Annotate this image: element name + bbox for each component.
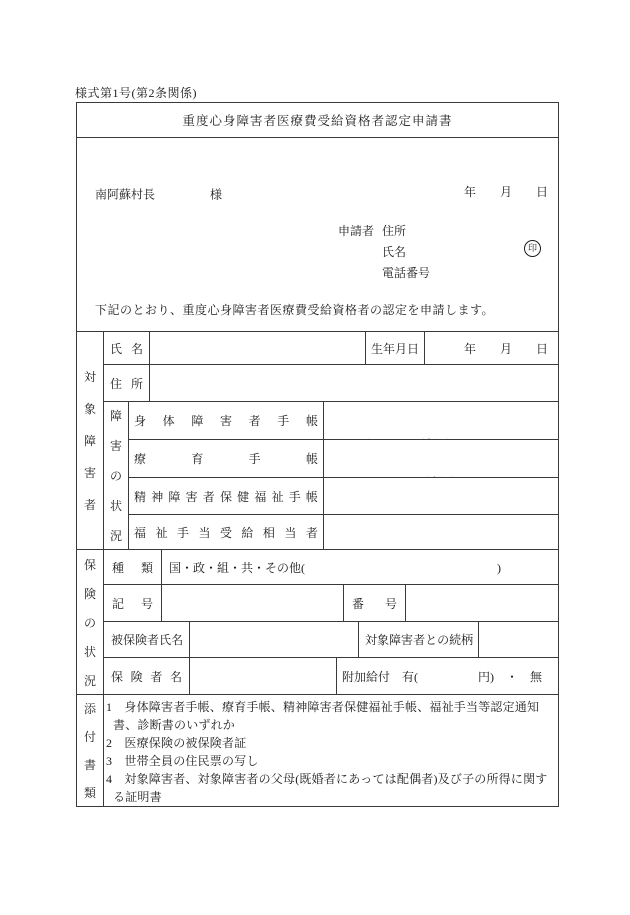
attachments-section: 添付書類 1 身体障害者手帳、療育手帳、精神障害者保健福祉手帳、福祉手当等認定通…: [77, 695, 558, 806]
insurance-section: 保険の状況 種類 国・政・組・共・その他( ) 記号 番号 被保険者氏名 対象障…: [77, 550, 558, 695]
insurer-name-label: 保険者名: [104, 658, 190, 694]
mental-handbook-row: 精神障害者保健福祉手帳 1級 手帳番号 号 有効期限 年 月 日: [129, 478, 558, 515]
insurance-type-label: 種類: [104, 550, 162, 584]
physical-handbook-row: 身体障害者手帳 1級・2級 手帳番号 号 障害名( ): [129, 402, 558, 440]
applicant-label: 申請者: [338, 221, 374, 242]
attachments-list: 1 身体障害者手帳、療育手帳、精神障害者保健福祉手帳、福祉手当等認定通知書、診断…: [104, 695, 558, 806]
insured-name-label: 被保険者氏名: [104, 622, 190, 657]
applicant-name-label: 氏名: [382, 242, 406, 263]
insurance-number-label: 番号: [344, 585, 406, 621]
section-label-attachments: 添付書類: [77, 695, 104, 806]
attachment-item: 4 対象障害者、対象障害者の父母(既婚者にあっては配偶者)及び子の所得に関する証…: [106, 770, 554, 806]
physical-handbook-label: 身体障害者手帳: [129, 402, 324, 439]
insurance-number-input-area: [406, 585, 558, 621]
mental-handbook-label: 精神障害者保健福祉手帳: [129, 478, 324, 514]
applicant-block: 申請者 住所 氏名 電話番号: [338, 221, 430, 284]
application-form: 重度心身障害者医療費受給資格者認定申請書 南阿蘇村長 様 年 月 日 申請者 住…: [76, 102, 559, 807]
name-label: 氏名: [104, 332, 150, 364]
application-statement: 下記のとおり、重度心身障害者医療費受給資格者の認定を申請します。: [95, 301, 494, 318]
insurer-name-input-area: [190, 658, 337, 694]
addressee-line: 南阿蘇村長 様: [95, 186, 222, 203]
physical-handbook-detail: 1級・2級 手帳番号 号 障害名( ): [324, 402, 558, 439]
seal-mark-icon: 印: [524, 240, 541, 257]
attachment-item: 3 世帯全員の住民票の写し: [106, 752, 554, 770]
applicant-address-label: 住所: [382, 221, 406, 242]
scanned-form-page: { "form": { "form_number": "様式第1号(第2条関係)…: [0, 0, 630, 915]
attachment-item: 2 医療保険の被保険者証: [106, 734, 554, 752]
form-number-label: 様式第1号(第2条関係): [75, 84, 197, 101]
relation-input-area: [479, 622, 558, 657]
birthdate-label: 生年月日: [366, 332, 425, 364]
welfare-allowance-label: 福祉手当受給相当者: [129, 515, 324, 549]
section-label-disability-status: 障害の状況: [104, 402, 129, 549]
detail-line: A1・A2 手帳番号 号: [330, 475, 558, 477]
seal-char: 印: [528, 244, 537, 253]
rehabilitation-handbook-detail: A1・A2 手帳番号 号 次回判定年度 年度: [324, 440, 558, 477]
insurance-symbol-input-area: [162, 585, 344, 621]
section-label-insurance-status: 保険の状況: [77, 550, 104, 694]
target-person-section: 対象障害者 氏名 生年月日 年 月 日 住所 障害の状況 身体障害者手帳 1級・…: [77, 332, 558, 550]
insured-name-input-area: [190, 622, 359, 657]
address-input-area: [150, 365, 558, 401]
form-title: 重度心身障害者医療費受給資格者認定申請書: [77, 103, 558, 138]
insurance-symbol-label: 記号: [104, 585, 162, 621]
address-label: 住所: [104, 365, 150, 401]
addressee-name: 南阿蘇村長: [95, 186, 155, 203]
relation-label: 対象障害者との続柄: [359, 622, 479, 657]
attachment-item: 1 身体障害者手帳、療育手帳、精神障害者保健福祉手帳、福祉手当等認定通知書、診断…: [106, 698, 554, 734]
additional-benefit-field: 附加給付 有( 円) ・ 無: [337, 658, 558, 694]
application-date-line: 年 月 日: [464, 183, 548, 200]
mental-handbook-detail: 1級 手帳番号 号 有効期限 年 月 日: [324, 478, 558, 514]
birthdate-value: 年 月 日: [425, 332, 558, 364]
detail-line: 1級 手帳番号 号: [330, 513, 558, 514]
welfare-allowance-row: 福祉手当受給相当者 障害の種類( ) 有期 年 月まで ・ 無期: [129, 515, 558, 549]
addressee-honorific: 様: [210, 186, 222, 203]
form-head-section: 南阿蘇村長 様 年 月 日 申請者 住所 氏名 電話番号 印 下記のとおり、重度…: [77, 138, 558, 332]
insurance-type-options: 国・政・組・共・その他( ): [162, 550, 558, 584]
disability-status-subsection: 障害の状況 身体障害者手帳 1級・2級 手帳番号 号 障害名( ) 療育手帳: [104, 402, 558, 549]
detail-line: 1級・2級 手帳番号 号: [330, 437, 558, 439]
welfare-allowance-detail: 障害の種類( ) 有期 年 月まで ・ 無期: [324, 515, 558, 549]
applicant-phone-label: 電話番号: [382, 263, 430, 284]
rehabilitation-handbook-row: 療育手帳 A1・A2 手帳番号 号 次回判定年度 年度: [129, 440, 558, 478]
rehabilitation-handbook-label: 療育手帳: [129, 440, 324, 477]
name-input-area: [150, 332, 366, 364]
section-label-target-person: 対象障害者: [77, 332, 104, 549]
